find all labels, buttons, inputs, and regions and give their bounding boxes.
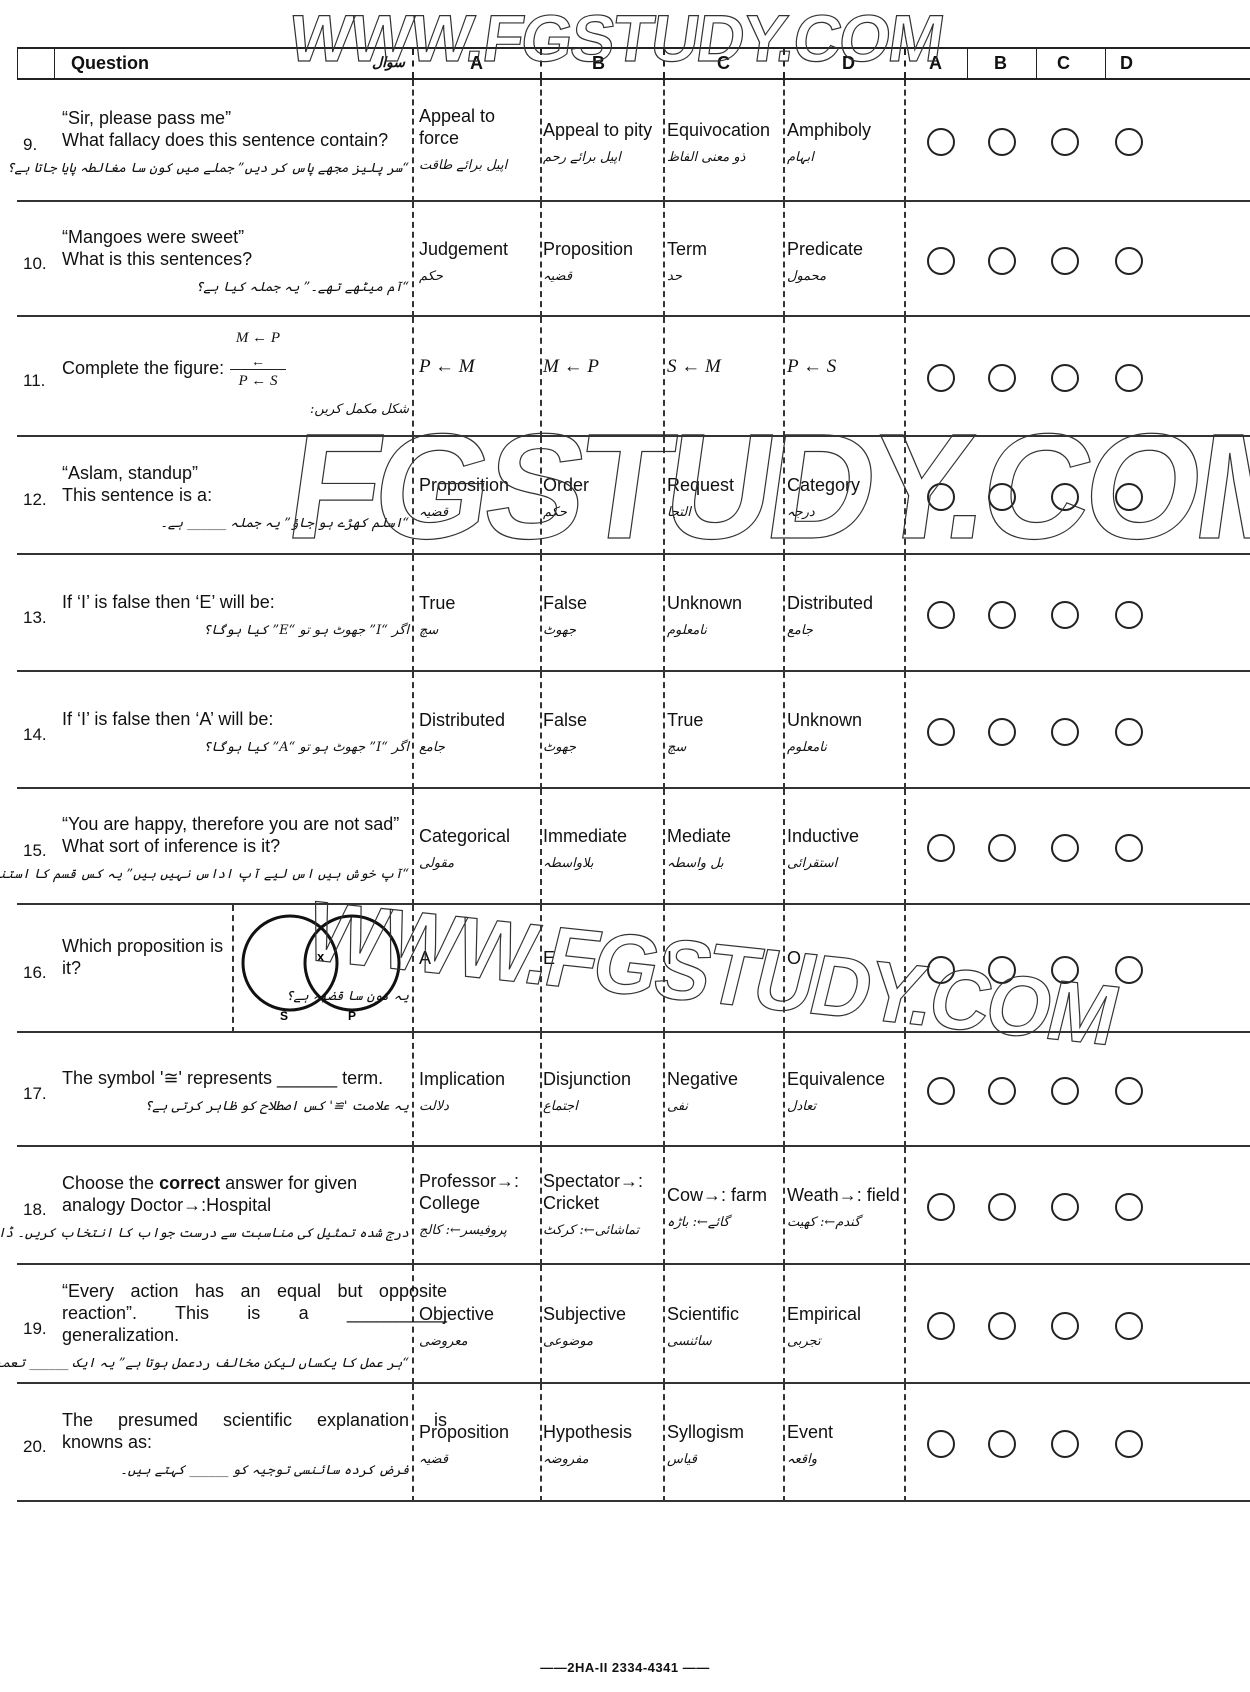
column-divider xyxy=(412,317,414,437)
answer-header-d: D xyxy=(1120,49,1133,78)
answer-bubble-c[interactable] xyxy=(1051,718,1079,746)
option-b: Disjunctionاجتماع xyxy=(543,1068,631,1118)
column-divider xyxy=(540,1033,542,1147)
answer-bubble-c[interactable] xyxy=(1051,1077,1079,1105)
option-b: Spectator→: Cricketتماشائی←: کرکٹ xyxy=(543,1170,655,1242)
question-urdu: “ہر عمل کا یکساں لیکن مخالف ردعمل ہوتا ہ… xyxy=(0,1356,409,1371)
figure-middle: ← xyxy=(230,353,286,370)
answer-bubble-b[interactable] xyxy=(988,1077,1016,1105)
option-text-urdu: قضیہ xyxy=(419,502,509,524)
column-divider xyxy=(783,672,785,789)
answer-header-c: C xyxy=(1057,49,1070,78)
column-divider xyxy=(904,905,906,1033)
question-urdu: یہ علامت '≅' کس اصطلاح کو ظاہر کرتی ہے؟ xyxy=(145,1099,409,1114)
option-b: Subjectiveموضوعی xyxy=(543,1303,626,1353)
question-row: 12.“Aslam, standup”This sentence is a:“ا… xyxy=(17,437,1250,555)
option-text: O xyxy=(787,948,801,968)
column-divider xyxy=(540,1147,542,1265)
question-text: The symbol '≅' represents ______ term. xyxy=(62,1067,383,1089)
option-text-urdu: مقولی xyxy=(419,853,510,875)
option-a: Appeal to forceاپیل برائے طاقت xyxy=(419,105,531,177)
answer-bubble-d[interactable] xyxy=(1115,128,1143,156)
answer-bubble-d[interactable] xyxy=(1115,956,1143,984)
option-a: Categoricalمقولی xyxy=(419,825,510,875)
option-d: Distributedجامع xyxy=(787,592,873,642)
question-column-header: Question xyxy=(71,49,149,78)
option-text: Proposition xyxy=(419,1422,509,1442)
column-divider xyxy=(663,905,665,1033)
option-a: P ← M xyxy=(419,355,475,378)
option-text: Mediate xyxy=(667,826,731,846)
option-b: Immediateبلاواسطہ xyxy=(543,825,627,875)
question-line: If ‘I’ is false then ‘E’ will be: xyxy=(62,591,275,613)
option-text: Disjunction xyxy=(543,1069,631,1089)
question-line: “Aslam, standup” xyxy=(62,462,212,484)
column-divider xyxy=(783,317,785,437)
question-row: 11.Complete the figure:M ← P ← P ← Sشکل … xyxy=(17,317,1250,437)
option-text: Appeal to pity xyxy=(543,120,652,140)
option-text: Term xyxy=(667,239,707,259)
question-line: The symbol '≅' represents ______ term. xyxy=(62,1067,383,1089)
option-text-urdu: جامع xyxy=(787,620,873,642)
option-text-urdu: گائے←: باڑہ xyxy=(667,1212,767,1234)
answer-bubble-b[interactable] xyxy=(988,483,1016,511)
question-urdu: “آپ خوش ہیں اس لیے آپ اداس نہیں ہیں” یہ … xyxy=(0,867,409,882)
column-divider xyxy=(540,555,542,672)
option-text: Equivocation xyxy=(667,120,770,140)
option-text-urdu: اپیل برائے طاقت xyxy=(419,155,531,177)
option-a: Judgementحکم xyxy=(419,238,508,288)
column-divider xyxy=(904,672,906,789)
question-number: 19. xyxy=(23,1319,47,1339)
option-text-urdu: جامع xyxy=(419,737,505,759)
column-divider xyxy=(663,202,665,317)
question-text: If ‘I’ is false then ‘E’ will be: xyxy=(62,591,275,613)
column-divider xyxy=(663,80,665,202)
option-text-urdu: قیاس xyxy=(667,1449,744,1471)
option-text-urdu: التجا xyxy=(667,502,734,524)
answer-bubble-c[interactable] xyxy=(1051,1312,1079,1340)
option-c: Negativeنفی xyxy=(667,1068,738,1118)
option-text-urdu: سچ xyxy=(419,620,455,642)
question-line: Choose the correct answer for given xyxy=(62,1172,447,1194)
option-text-urdu: واقعہ xyxy=(787,1449,833,1471)
syllogism-figure: M ← P ← P ← S xyxy=(230,327,286,392)
question-number: 16. xyxy=(23,963,47,983)
column-divider xyxy=(412,555,414,672)
option-text-urdu: معروضی xyxy=(419,1331,494,1353)
column-divider xyxy=(663,317,665,437)
column-divider xyxy=(783,555,785,672)
answer-bubble-d[interactable] xyxy=(1115,1312,1143,1340)
question-urdu: “سر پلیز مجھے پاس کر دیں” جملے میں کون س… xyxy=(7,161,409,176)
option-text-urdu: پروفیسر←: کالج xyxy=(419,1220,531,1242)
answer-bubble-d[interactable] xyxy=(1115,247,1143,275)
answer-bubble-a[interactable] xyxy=(927,364,955,392)
question-line: The presumed scientific explanation is xyxy=(62,1409,447,1431)
option-text-urdu: تعادل xyxy=(787,1096,885,1118)
answer-bubble-a[interactable] xyxy=(927,601,955,629)
answer-bubble-b[interactable] xyxy=(988,1193,1016,1221)
option-a: Distributedجامع xyxy=(419,709,505,759)
option-text: Proposition xyxy=(419,475,509,495)
question-number: 20. xyxy=(23,1437,47,1457)
question-line: generalization. xyxy=(62,1324,447,1346)
venn-diagram: x S P xyxy=(235,905,415,1033)
question-row: 14.If ‘I’ is false then ‘A’ will be:اگر … xyxy=(17,672,1250,789)
option-text: Inductive xyxy=(787,826,859,846)
column-divider xyxy=(412,80,414,202)
option-text: Request xyxy=(667,475,734,495)
option-b: Propositionقضیہ xyxy=(543,238,633,288)
option-text: Event xyxy=(787,1422,833,1442)
answer-bubble-a[interactable] xyxy=(927,247,955,275)
option-b: Hypothesisمفروضہ xyxy=(543,1421,632,1471)
column-divider xyxy=(783,437,785,555)
column-divider xyxy=(412,202,414,317)
option-text: Professor→: College xyxy=(419,1171,519,1213)
question-urdu: شکل مکمل کریں: xyxy=(310,402,409,417)
answer-bubble-d[interactable] xyxy=(1115,1430,1143,1458)
answer-bubble-a[interactable] xyxy=(927,1193,955,1221)
question-text: “Mangoes were sweet”What is this sentenc… xyxy=(62,226,252,270)
option-text-urdu: اجتماع xyxy=(543,1096,631,1118)
option-text: Distributed xyxy=(419,710,505,730)
option-text-urdu: جھوٹ xyxy=(543,737,587,759)
option-text-urdu: جھوٹ xyxy=(543,620,587,642)
question-number: 9. xyxy=(23,135,37,155)
question-line: Complete the figure: xyxy=(62,357,224,379)
column-divider xyxy=(663,789,665,905)
question-row: 9.“Sir, please pass me”What fallacy does… xyxy=(17,80,1250,202)
option-text: Unknown xyxy=(787,710,862,730)
answer-header-b: B xyxy=(994,49,1007,78)
column-divider xyxy=(783,1033,785,1147)
column-divider xyxy=(904,1033,906,1147)
question-number: 17. xyxy=(23,1084,47,1104)
column-divider xyxy=(663,1147,665,1265)
venn-left-label: S xyxy=(280,1009,288,1023)
option-c: Unknownنامعلوم xyxy=(667,592,742,642)
question-text: Complete the figure:M ← P ← P ← S xyxy=(62,357,224,379)
option-text: S ← M xyxy=(667,356,721,377)
option-d: Eventواقعہ xyxy=(787,1421,833,1471)
option-text-urdu: درجہ xyxy=(787,502,860,524)
option-text-urdu: سچ xyxy=(667,737,703,759)
question-urdu: درج شدہ تمثیل کی مناسبت سے درست جواب کا … xyxy=(0,1226,409,1241)
option-text: Equivalence xyxy=(787,1069,885,1089)
table-header: Question سوال A B C D A B C D xyxy=(17,47,1250,80)
option-d: Predicateمحمول xyxy=(787,238,863,288)
option-c: Termحد xyxy=(667,238,707,288)
option-text: Order xyxy=(543,475,589,495)
column-divider xyxy=(540,1384,542,1502)
option-text: Empirical xyxy=(787,1304,861,1324)
option-a: Objectiveمعروضی xyxy=(419,1303,494,1353)
venn-mark: x xyxy=(317,949,325,964)
answer-bubble-b[interactable] xyxy=(988,364,1016,392)
question-row: 20.The presumed scientific explanation i… xyxy=(17,1384,1250,1502)
answer-bubble-b[interactable] xyxy=(988,1430,1016,1458)
option-text-urdu: بل واسطہ xyxy=(667,853,731,875)
question-row: 15.“You are happy, therefore you are not… xyxy=(17,789,1250,905)
question-row: 10.“Mangoes were sweet”What is this sent… xyxy=(17,202,1250,317)
option-c: Trueسچ xyxy=(667,709,703,759)
column-divider xyxy=(783,80,785,202)
option-text: False xyxy=(543,710,587,730)
answer-bubble-b[interactable] xyxy=(988,247,1016,275)
question-line: “Mangoes were sweet” xyxy=(62,226,252,248)
option-text-urdu: نامعلوم xyxy=(667,620,742,642)
answer-bubble-c[interactable] xyxy=(1051,834,1079,862)
option-b: E xyxy=(543,947,555,969)
option-text: Distributed xyxy=(787,593,873,613)
option-text: Objective xyxy=(419,1304,494,1324)
option-text: M ← P xyxy=(543,356,599,377)
option-text: True xyxy=(667,710,703,730)
answer-bubble-c[interactable] xyxy=(1051,364,1079,392)
answer-bubble-c[interactable] xyxy=(1051,247,1079,275)
answer-bubble-a[interactable] xyxy=(927,718,955,746)
option-text: Hypothesis xyxy=(543,1422,632,1442)
figure-bottom: P ← S xyxy=(230,370,286,392)
question-number: 12. xyxy=(23,490,47,510)
column-divider xyxy=(783,789,785,905)
column-divider xyxy=(540,905,542,1033)
option-text: Spectator→: Cricket xyxy=(543,1171,643,1213)
option-text-urdu: نامعلوم xyxy=(787,737,862,759)
column-divider xyxy=(412,672,414,789)
option-a: A xyxy=(419,947,431,969)
answer-bubble-d[interactable] xyxy=(1115,483,1143,511)
option-header-c: C xyxy=(717,49,730,78)
column-divider xyxy=(663,1265,665,1384)
question-line: “Sir, please pass me” xyxy=(62,107,388,129)
question-row: 16.Which proposition isit?یہ کون سا قضیہ… xyxy=(17,905,1250,1033)
answer-bubble-d[interactable] xyxy=(1115,718,1143,746)
answer-bubble-d[interactable] xyxy=(1115,834,1143,862)
option-c: Equivocationذو معنی الفاظ xyxy=(667,119,770,169)
option-text-urdu: گندم←: کھیت xyxy=(787,1212,900,1234)
option-text: False xyxy=(543,593,587,613)
option-text-urdu: تماشائی←: کرکٹ xyxy=(543,1220,655,1242)
column-divider xyxy=(904,202,906,317)
answer-bubble-b[interactable] xyxy=(988,718,1016,746)
option-text: A xyxy=(419,948,431,968)
column-divider xyxy=(904,1265,906,1384)
column-divider xyxy=(412,437,414,555)
column-divider xyxy=(540,672,542,789)
column-divider xyxy=(663,672,665,789)
option-text-urdu: محمول xyxy=(787,266,863,288)
answer-bubble-a[interactable] xyxy=(927,834,955,862)
question-line: What fallacy does this sentence contain? xyxy=(62,129,388,151)
option-text: Category xyxy=(787,475,860,495)
option-text-urdu: دلالت xyxy=(419,1096,505,1118)
question-row: 18.Choose the correct answer for givenan… xyxy=(17,1147,1250,1265)
answer-bubble-a[interactable] xyxy=(927,128,955,156)
question-line: Which proposition is xyxy=(62,935,223,957)
option-d: Amphibolyابہام xyxy=(787,119,871,169)
answer-bubble-a[interactable] xyxy=(927,483,955,511)
option-a: Implicationدلالت xyxy=(419,1068,505,1118)
question-urdu: “اسلم کھڑے ہو جاؤ” یہ جملہ ______ ہے۔ xyxy=(160,516,409,531)
column-divider xyxy=(904,789,906,905)
answer-bubble-b[interactable] xyxy=(988,1312,1016,1340)
venn-right-label: P xyxy=(348,1009,356,1023)
option-text: I xyxy=(667,948,672,968)
option-header-b: B xyxy=(592,49,605,78)
option-header-a: A xyxy=(470,49,483,78)
option-text: Cow→: farm xyxy=(667,1185,767,1205)
column-divider xyxy=(232,905,234,1033)
answer-bubble-d[interactable] xyxy=(1115,1193,1143,1221)
answer-bubble-b[interactable] xyxy=(988,834,1016,862)
question-number: 18. xyxy=(23,1200,47,1220)
option-b: Orderحکم xyxy=(543,474,589,524)
option-text: E xyxy=(543,948,555,968)
answer-bubble-c[interactable] xyxy=(1051,1430,1079,1458)
column-divider xyxy=(540,80,542,202)
question-line: it? xyxy=(62,957,223,979)
answer-bubble-b[interactable] xyxy=(988,956,1016,984)
page-footer: ——2HA-II 2334-4341 —— xyxy=(0,1660,1250,1675)
option-text-urdu: قضیہ xyxy=(543,266,633,288)
column-divider xyxy=(904,1147,906,1265)
option-text: Immediate xyxy=(543,826,627,846)
option-d: Unknownنامعلوم xyxy=(787,709,862,759)
answer-bubble-a[interactable] xyxy=(927,956,955,984)
question-line: This sentence is a: xyxy=(62,484,212,506)
answer-bubble-c[interactable] xyxy=(1051,1193,1079,1221)
option-text: Syllogism xyxy=(667,1422,744,1442)
option-text: Predicate xyxy=(787,239,863,259)
question-text: “Every action has an equal but oppositer… xyxy=(62,1280,447,1346)
question-line: “Every action has an equal but opposite xyxy=(62,1280,447,1302)
option-text: Implication xyxy=(419,1069,505,1089)
option-d: Equivalenceتعادل xyxy=(787,1068,885,1118)
column-divider xyxy=(540,789,542,905)
option-text-urdu: حکم xyxy=(419,266,508,288)
option-text: Unknown xyxy=(667,593,742,613)
column-divider xyxy=(783,1384,785,1502)
option-b: M ← P xyxy=(543,355,599,378)
question-urdu: فرض کردہ سائنسی توجیہ کو ______ کہتے ہیں… xyxy=(120,1463,409,1478)
option-text: Judgement xyxy=(419,239,508,259)
question-number: 14. xyxy=(23,725,47,745)
answer-bubble-d[interactable] xyxy=(1115,1077,1143,1105)
answer-bubble-c[interactable] xyxy=(1051,128,1079,156)
option-b: Falseجھوٹ xyxy=(543,592,587,642)
answer-bubble-c[interactable] xyxy=(1051,601,1079,629)
question-text: Choose the correct answer for givenanalo… xyxy=(62,1172,447,1216)
answer-bubble-c[interactable] xyxy=(1051,956,1079,984)
question-line: What sort of inference is it? xyxy=(62,835,399,857)
question-text: The presumed scientific explanation iskn… xyxy=(62,1409,447,1453)
column-divider xyxy=(663,437,665,555)
column-divider xyxy=(783,202,785,317)
option-text: P ← M xyxy=(419,356,475,377)
answer-bubble-a[interactable] xyxy=(927,1312,955,1340)
option-text-urdu: بلاواسطہ xyxy=(543,853,627,875)
question-line: analogy Doctor→:Hospital xyxy=(62,1194,447,1216)
column-divider xyxy=(663,1384,665,1502)
figure-top: M ← P xyxy=(230,327,286,349)
answer-bubble-b[interactable] xyxy=(988,128,1016,156)
option-d: Categoryدرجہ xyxy=(787,474,860,524)
answer-bubble-a[interactable] xyxy=(927,1077,955,1105)
emphasis-word: correct xyxy=(159,1173,220,1193)
option-text: Proposition xyxy=(543,239,633,259)
question-line: reaction”. This is a __________ xyxy=(62,1302,447,1324)
question-text: “Sir, please pass me”What fallacy does t… xyxy=(62,107,388,151)
column-divider xyxy=(783,905,785,1033)
option-text-urdu: قضیہ xyxy=(419,1449,509,1471)
option-text: Scientific xyxy=(667,1304,739,1324)
answer-bubble-d[interactable] xyxy=(1115,364,1143,392)
column-divider xyxy=(904,437,906,555)
question-line: “You are happy, therefore you are not sa… xyxy=(62,813,399,835)
option-d: O xyxy=(787,947,801,969)
option-d: P ← S xyxy=(787,355,836,378)
answer-header-a: A xyxy=(929,49,942,78)
option-text-urdu: ذو معنی الفاظ xyxy=(667,147,770,169)
column-divider xyxy=(904,317,906,437)
option-a: Propositionقضیہ xyxy=(419,1421,509,1471)
option-text: Weath→: field xyxy=(787,1185,900,1205)
option-d: Inductiveاستقرائی xyxy=(787,825,859,875)
answer-bubble-b[interactable] xyxy=(988,601,1016,629)
column-divider xyxy=(904,80,906,202)
answer-bubble-a[interactable] xyxy=(927,1430,955,1458)
option-text-urdu: ابہام xyxy=(787,147,871,169)
question-text: “Aslam, standup”This sentence is a: xyxy=(62,462,212,506)
column-divider xyxy=(783,1147,785,1265)
option-text-urdu: اپیل برائے رحم xyxy=(543,147,652,169)
option-c: Cow→: farmگائے←: باڑہ xyxy=(667,1184,767,1234)
question-number: 15. xyxy=(23,841,47,861)
question-text: Which proposition isit? xyxy=(62,935,223,979)
question-text: “You are happy, therefore you are not sa… xyxy=(62,813,399,857)
option-c: Scientificسائنسی xyxy=(667,1303,739,1353)
option-b: Falseجھوٹ xyxy=(543,709,587,759)
option-text: Subjective xyxy=(543,1304,626,1324)
answer-bubble-d[interactable] xyxy=(1115,601,1143,629)
option-d: Empiricalتجربی xyxy=(787,1303,861,1353)
option-text-urdu: موضوعی xyxy=(543,1331,626,1353)
question-line: If ‘I’ is false then ‘A’ will be: xyxy=(62,708,273,730)
column-divider xyxy=(904,1384,906,1502)
option-text-urdu: نفی xyxy=(667,1096,738,1118)
option-text: P ← S xyxy=(787,356,836,377)
question-urdu: اگر “I” جھوٹ ہو تو “A” کیا ہوگا؟ xyxy=(203,740,409,755)
column-divider xyxy=(540,437,542,555)
option-text-urdu: استقرائی xyxy=(787,853,859,875)
option-text-urdu: مفروضہ xyxy=(543,1449,632,1471)
column-divider xyxy=(540,1265,542,1384)
option-text-urdu: سائنسی xyxy=(667,1331,739,1353)
question-number: 11. xyxy=(23,371,45,391)
option-c: Mediateبل واسطہ xyxy=(667,825,731,875)
question-row: 17.The symbol '≅' represents ______ term… xyxy=(17,1033,1250,1147)
column-divider xyxy=(663,555,665,672)
column-divider xyxy=(540,317,542,437)
option-header-d: D xyxy=(842,49,855,78)
option-text: True xyxy=(419,593,455,613)
option-d: Weath→: fieldگندم←: کھیت xyxy=(787,1184,900,1234)
answer-bubble-c[interactable] xyxy=(1051,483,1079,511)
option-c: S ← M xyxy=(667,355,721,378)
